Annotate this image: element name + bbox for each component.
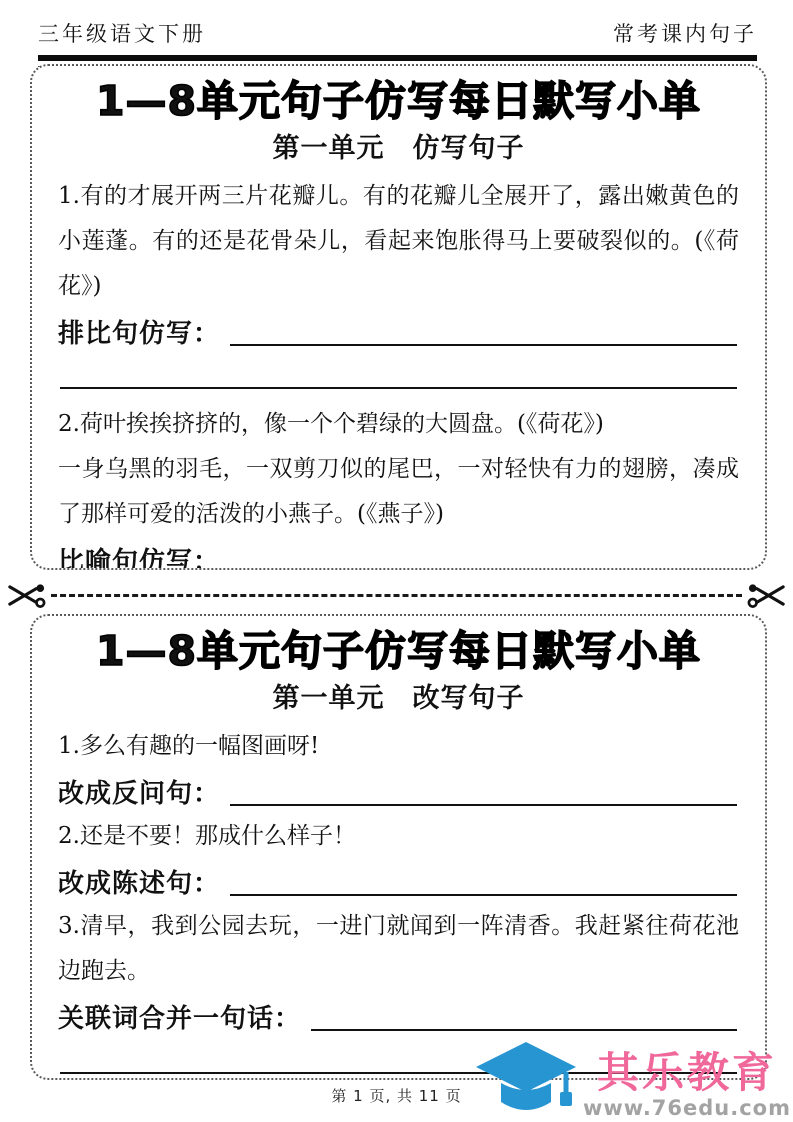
exercise-text: 2.还是不要！那成什么样子！ bbox=[58, 814, 739, 859]
writing-line bbox=[230, 894, 737, 896]
header-left-text: 三年级语文下册 bbox=[38, 18, 206, 48]
writing-line bbox=[60, 354, 737, 389]
brand-url: www.76edu.com bbox=[583, 1096, 791, 1120]
writing-line bbox=[230, 804, 737, 806]
answer-type-label: 改成反问句： bbox=[58, 774, 220, 814]
worksheet-card-2: 1—8单元句子仿写每日默写小单 第一单元 改写句子 1.多么有趣的一幅图画呀!改… bbox=[30, 614, 767, 1080]
answer-label-row: 比喻句仿写： bbox=[58, 537, 739, 570]
section-title: 1—8单元句子仿写每日默写小单 bbox=[58, 624, 739, 678]
exercise-text: 2.荷叶挨挨挤挤的，像一个个碧绿的大圆盘。(《荷花》) bbox=[58, 402, 739, 447]
writing-line bbox=[230, 344, 737, 346]
exercise-text: 1.有的才展开两三片花瓣儿。有的花瓣儿全展开了，露出嫩黄色的小莲蓬。有的还是花骨… bbox=[58, 174, 739, 309]
answer-label-row: 排比句仿写： bbox=[58, 309, 739, 354]
answer-label-row: 关联词合并一句话： bbox=[58, 994, 739, 1039]
dashed-cut-rule bbox=[51, 594, 742, 597]
section-items: 1.多么有趣的一幅图画呀!改成反问句：2.还是不要！那成什么样子！改成陈述句：3… bbox=[58, 724, 739, 1074]
answer-label-row: 改成陈述句： bbox=[58, 859, 739, 904]
scissors-icon bbox=[745, 582, 785, 609]
exercise-text: 1.多么有趣的一幅图画呀! bbox=[58, 724, 739, 769]
scissors-icon bbox=[8, 582, 48, 609]
section-title: 1—8单元句子仿写每日默写小单 bbox=[58, 74, 739, 128]
exercise-text: 3.清早，我到公园去玩，一进门就闻到一阵清香。我赶紧往荷花池边跑去。 bbox=[58, 904, 739, 994]
answer-type-label: 关联词合并一句话： bbox=[58, 999, 301, 1039]
page-header: 三年级语文下册 常考课内句子 bbox=[38, 18, 757, 69]
graduation-cap-icon bbox=[475, 1040, 581, 1122]
exercise-text: 一身乌黑的羽毛，一双剪刀似的尾巴，一对轻快有力的翅膀，凑成了那样可爱的活泼的小燕… bbox=[58, 447, 739, 537]
brand-name: 其乐教育 bbox=[597, 1050, 777, 1096]
cut-line bbox=[8, 577, 785, 613]
section-subtitle: 第一单元 仿写句子 bbox=[58, 131, 739, 167]
brand-logo: 其乐教育 www.76edu.com bbox=[475, 1040, 791, 1122]
section-items: 1.有的才展开两三片花瓣儿。有的花瓣儿全展开了，露出嫩黄色的小莲蓬。有的还是花骨… bbox=[58, 174, 739, 570]
answer-label-row: 改成反问句： bbox=[58, 769, 739, 814]
writing-line bbox=[311, 1029, 737, 1031]
section-subtitle: 第一单元 改写句子 bbox=[58, 681, 739, 717]
header-right-text: 常考课内句子 bbox=[613, 18, 757, 48]
answer-type-label: 比喻句仿写： bbox=[58, 542, 220, 570]
answer-type-label: 改成陈述句： bbox=[58, 864, 220, 904]
answer-type-label: 排比句仿写： bbox=[58, 314, 220, 354]
worksheet-card-1: 1—8单元句子仿写每日默写小单 第一单元 仿写句子 1.有的才展开两三片花瓣儿。… bbox=[30, 64, 767, 570]
